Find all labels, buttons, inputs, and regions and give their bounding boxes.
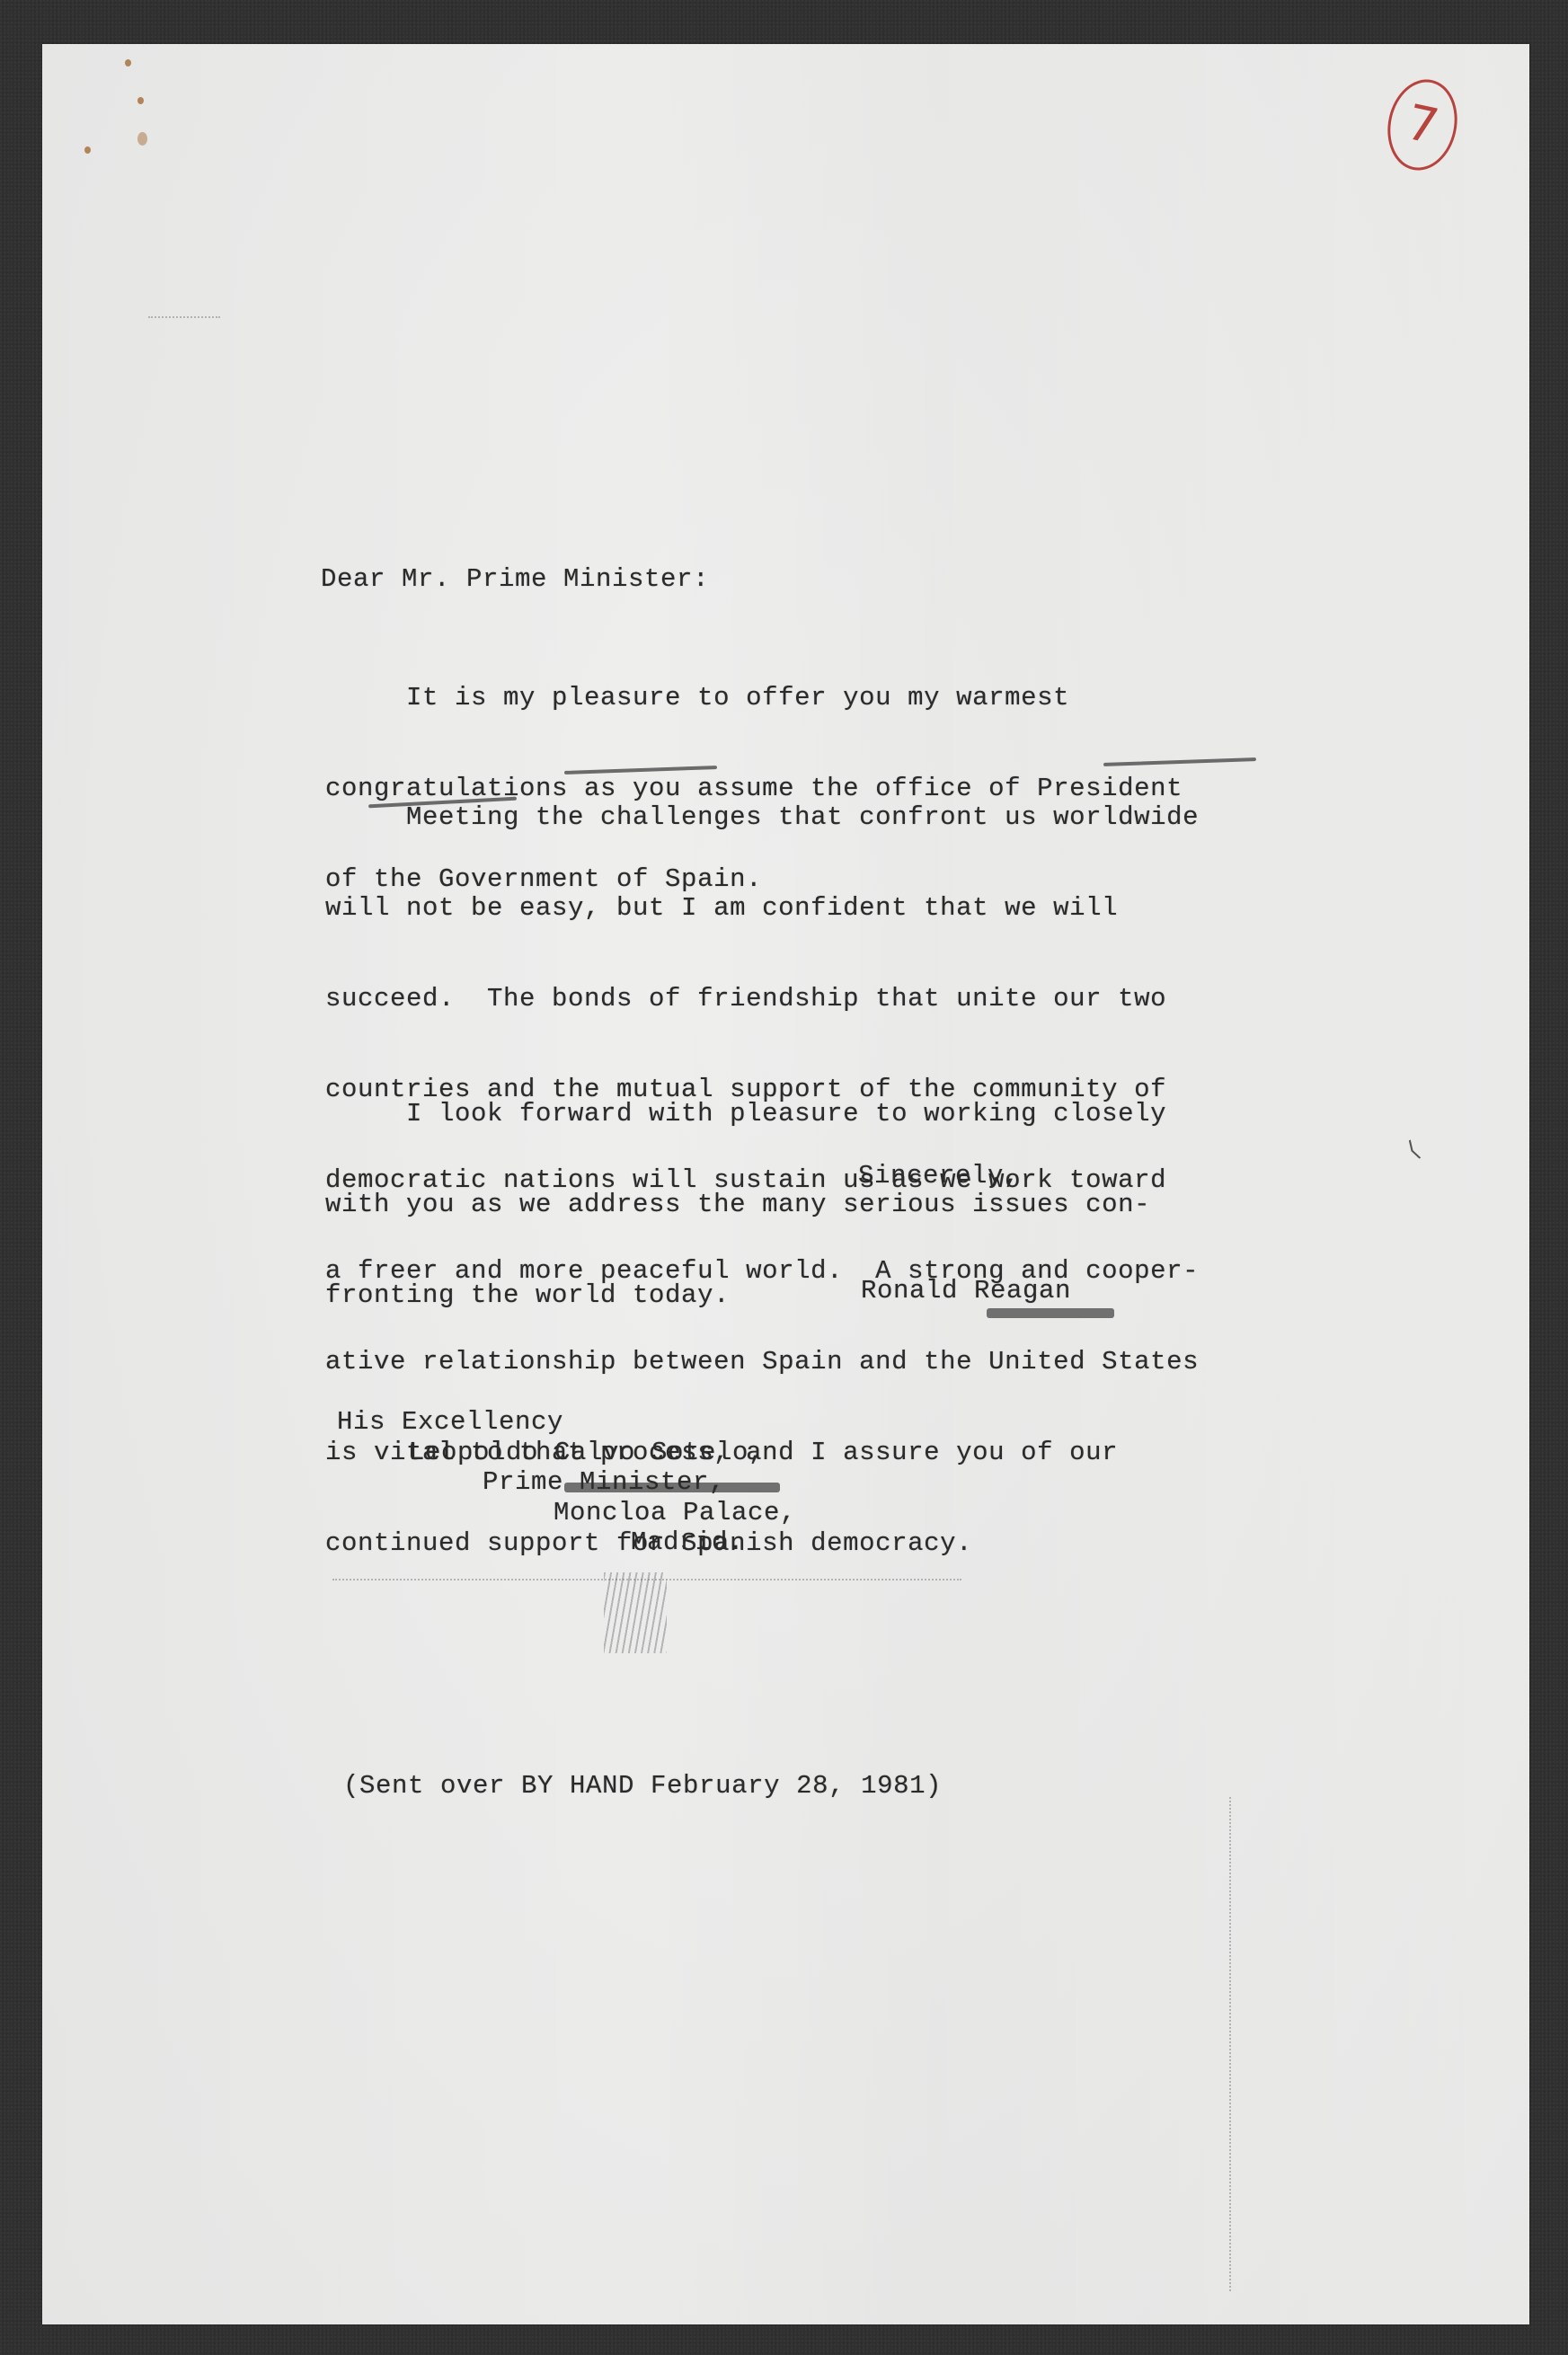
rust-stain bbox=[137, 97, 144, 104]
addressee-address: Moncloa Palace, bbox=[554, 1498, 796, 1528]
copier-artifact-line bbox=[148, 316, 220, 318]
addressee-position: Prime Minister, bbox=[483, 1467, 725, 1498]
addressee-title: His Excellency bbox=[337, 1407, 563, 1438]
paragraph-line: continued support for Spanish democracy. bbox=[325, 1528, 1199, 1558]
rust-stain bbox=[84, 146, 91, 154]
marker-underline bbox=[987, 1308, 1114, 1318]
paragraph-line: Meeting the challenges that confront us … bbox=[325, 802, 1199, 832]
copier-artifact-line bbox=[1229, 1797, 1231, 2291]
paragraph-line: with you as we address the many serious … bbox=[325, 1190, 1166, 1219]
delivery-note: (Sent over BY HAND February 28, 1981) bbox=[343, 1771, 942, 1802]
paragraph-line: will not be easy, but I am confident tha… bbox=[325, 893, 1199, 923]
paragraph-line: ative relationship between Spain and the… bbox=[325, 1347, 1199, 1377]
rust-stain bbox=[137, 132, 147, 146]
rust-stain bbox=[125, 59, 131, 66]
paragraph-line: It is my pleasure to offer you my warmes… bbox=[325, 683, 1183, 713]
salutation: Dear Mr. Prime Minister: bbox=[321, 564, 709, 595]
signature-name: Ronald Reagan bbox=[861, 1276, 1071, 1306]
paragraph-line: succeed. The bonds of friendship that un… bbox=[325, 984, 1199, 1014]
paragraph-line: I look forward with pleasure to working … bbox=[325, 1099, 1166, 1129]
addressee-city: Madrid. bbox=[631, 1527, 744, 1558]
closing: Sincerely, bbox=[858, 1161, 1020, 1191]
addressee-name: Leopoldo Calvo Sotelo, bbox=[409, 1438, 765, 1468]
